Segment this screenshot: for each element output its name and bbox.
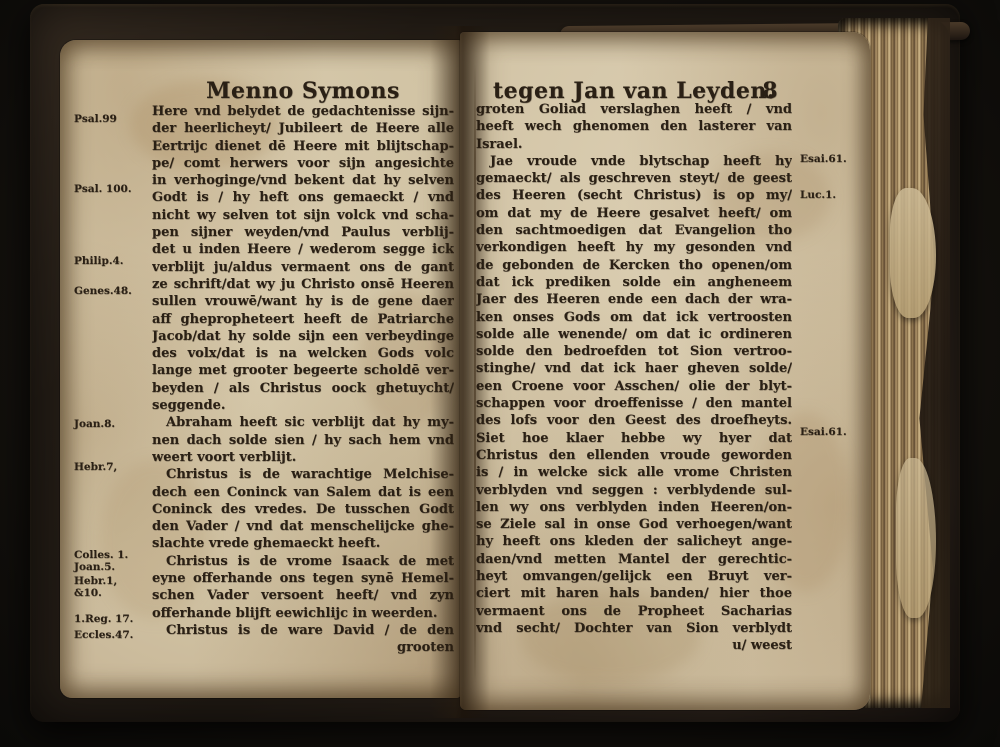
right-page: tegen Jan van Leyden. 8 Esai.61.Luc.1.Es… [460, 32, 870, 710]
text-line: Christus is de ware David / de den [152, 622, 454, 639]
text-line: des Heeren (secht Christus) is op my/ [476, 187, 792, 204]
text-line: vermaent ons de Propheet Sacharias [476, 603, 792, 620]
text-line: Siet hoe klaer hebbe wy hyer dat [476, 430, 792, 447]
text-line: Jae vroude vnde blytschap heeft hy [476, 153, 792, 170]
text-line: in verhoginge/vnd bekent dat hy selven [152, 172, 454, 189]
text-line: der heerlicheyt/ Jubileert de Heere alle [152, 120, 454, 137]
margin-note: Psal. 100. [74, 183, 131, 195]
margin-note: Esai.61. [800, 426, 847, 438]
body-text-column: Here vnd belydet de gedachtenisse sijn-d… [152, 103, 454, 657]
text-line: dat ick prediken solde ein angheneem [476, 274, 792, 291]
text-line: Israel. [476, 136, 792, 153]
text-line: des lofs voor den Geest des droefheyts. [476, 412, 792, 429]
text-line: schen Vader versoent heeft/ vnd zyn [152, 587, 454, 604]
text-line: Christus den ellenden vroude geworden [476, 447, 792, 464]
text-line: den sachtmoedigen dat Evangelion tho [476, 222, 792, 239]
book-cover: Menno Symons Psal.99Psal. 100.Philip.4.G… [30, 4, 960, 722]
text-line: sullen vrouwē/want hy is de gene daer [152, 293, 454, 310]
text-line: stinghe/ vnd dat ick haer gheven solde/ [476, 360, 792, 377]
text-line: nicht wy selven tot sijn volck vnd scha- [152, 207, 454, 224]
text-line: det u inden Heere / wederom segge ick [152, 241, 454, 258]
margin-note: Joan.8. [74, 418, 115, 430]
text-line: hy heeft ons kleden der salicheyt ange- [476, 533, 792, 550]
margin-note: Philip.4. [74, 255, 123, 267]
text-line: seggende. [152, 397, 454, 414]
text-line: verblyden vnd seggen : verblydende sul- [476, 482, 792, 499]
text-line: nen dach solde sien / hy sach hem vnd [152, 432, 454, 449]
text-line: heeft wech ghenomen den lasterer van [476, 118, 792, 135]
running-header-left: Menno Symons [152, 78, 454, 104]
text-line: vnd secht/ Dochter van Sion verblydt [476, 620, 792, 637]
margin-note: Psal.99 [74, 113, 117, 125]
left-page: Menno Symons Psal.99Psal. 100.Philip.4.G… [60, 40, 462, 698]
text-line: is / in welcke sick alle vrome Christen [476, 464, 792, 481]
text-line: beyden / als Christus oock ghetuycht/ [152, 380, 454, 397]
text-line: Jaer des Heeren ende een dach der wra- [476, 291, 792, 308]
text-line: slachte vrede ghemaeckt heeft. [152, 535, 454, 552]
margin-note: &10. [74, 587, 102, 599]
text-line: solde alle wenende/ om dat ic ordineren [476, 326, 792, 343]
text-line: ken onses Gods om dat ick vertroosten [476, 309, 792, 326]
text-line: offerhande blijft eewichlijc in weerden. [152, 605, 454, 622]
text-line: dech een Coninck van Salem dat is een [152, 484, 454, 501]
margin-note: Colles. 1. [74, 549, 128, 561]
margin-note: Hebr.7, [74, 461, 117, 473]
text-line: Jacob/dat hy solde sijn een verbeydinge [152, 328, 454, 345]
text-line: eyne offerhande ons tegen synē Hemel- [152, 570, 454, 587]
text-line: u/ weest [476, 637, 792, 654]
text-line: pen sijner weyden/vnd Paulus verblij- [152, 224, 454, 241]
text-line: ze schrift/dat wy ju Christo onsē Heeren [152, 276, 454, 293]
text-line: Abraham heeft sic verblijt dat hy my- [152, 414, 454, 431]
text-line: weert voort verblijt. [152, 449, 454, 466]
text-line: verkondigen heeft hy my gesonden vnd [476, 239, 792, 256]
text-line: gemaeckt/ als geschreven steyt/ de geest [476, 170, 792, 187]
text-line: Eertrijc dienet dē Heere mit blijtschap- [152, 138, 454, 155]
text-line: Coninck des vredes. De tusschen Godt [152, 501, 454, 518]
text-line: Christus is de warachtige Melchise- [152, 466, 454, 483]
text-line: groten Goliad verslaghen heeft / vnd [476, 101, 792, 118]
text-line: daen/vnd metten Mantel der gerechtic- [476, 551, 792, 568]
text-line: Christus is de vrome Isaack de met [152, 553, 454, 570]
margin-note: 1.Reg. 17. [74, 613, 133, 625]
margin-note: Joan.5. [74, 561, 115, 573]
margin-note: Esai.61. [800, 153, 847, 165]
text-line: pe/ comt herwers voor sijn angesichte [152, 155, 454, 172]
text-line: schappen voor droeffenisse / den mantel [476, 395, 792, 412]
margin-note: Luc.1. [800, 189, 836, 201]
text-line: verblijt ju/aldus vermaent ons de gant [152, 259, 454, 276]
text-line: om dat my de Heere gesalvet heeft/ om [476, 205, 792, 222]
loose-page-edge [896, 458, 936, 618]
text-line: des volx/dat is na welcken Gods volc [152, 345, 454, 362]
loose-page-edge [890, 188, 936, 318]
text-line: Godt is / hy heft ons gemaeckt / vnd [152, 189, 454, 206]
text-line: se Ziele sal in onse God verhoegen/want [476, 516, 792, 533]
margin-note: Genes.48. [74, 285, 132, 297]
text-line: ciert mit haren hals banden/ hier thoe [476, 585, 792, 602]
text-line: Here vnd belydet de gedachtenisse sijn- [152, 103, 454, 120]
body-text-column: groten Goliad verslaghen heeft / vndheef… [476, 101, 792, 655]
text-line: den Vader / vnd dat menschelijcke ghe- [152, 518, 454, 535]
text-line: aff ghepropheteert heeft de Patriarche [152, 311, 454, 328]
text-line: de gebonden de Kercken tho openen/om [476, 257, 792, 274]
text-line: lange met grooter begeerte scholdē ver- [152, 362, 454, 379]
text-line: grooten [152, 639, 454, 656]
text-line: heyt omvangen/gelijck een Bruyt ver- [476, 568, 792, 585]
margin-note: Eccles.47. [74, 629, 133, 641]
book-photo-scene: Menno Symons Psal.99Psal. 100.Philip.4.G… [0, 0, 1000, 747]
text-line: een Croene voor Asschen/ olie der blyt- [476, 378, 792, 395]
text-line: len wy ons verblyden inden Heeren/on- [476, 499, 792, 516]
text-line: solde den bedroefden tot Sion vertroo- [476, 343, 792, 360]
margin-note: Hebr.1, [74, 575, 117, 587]
